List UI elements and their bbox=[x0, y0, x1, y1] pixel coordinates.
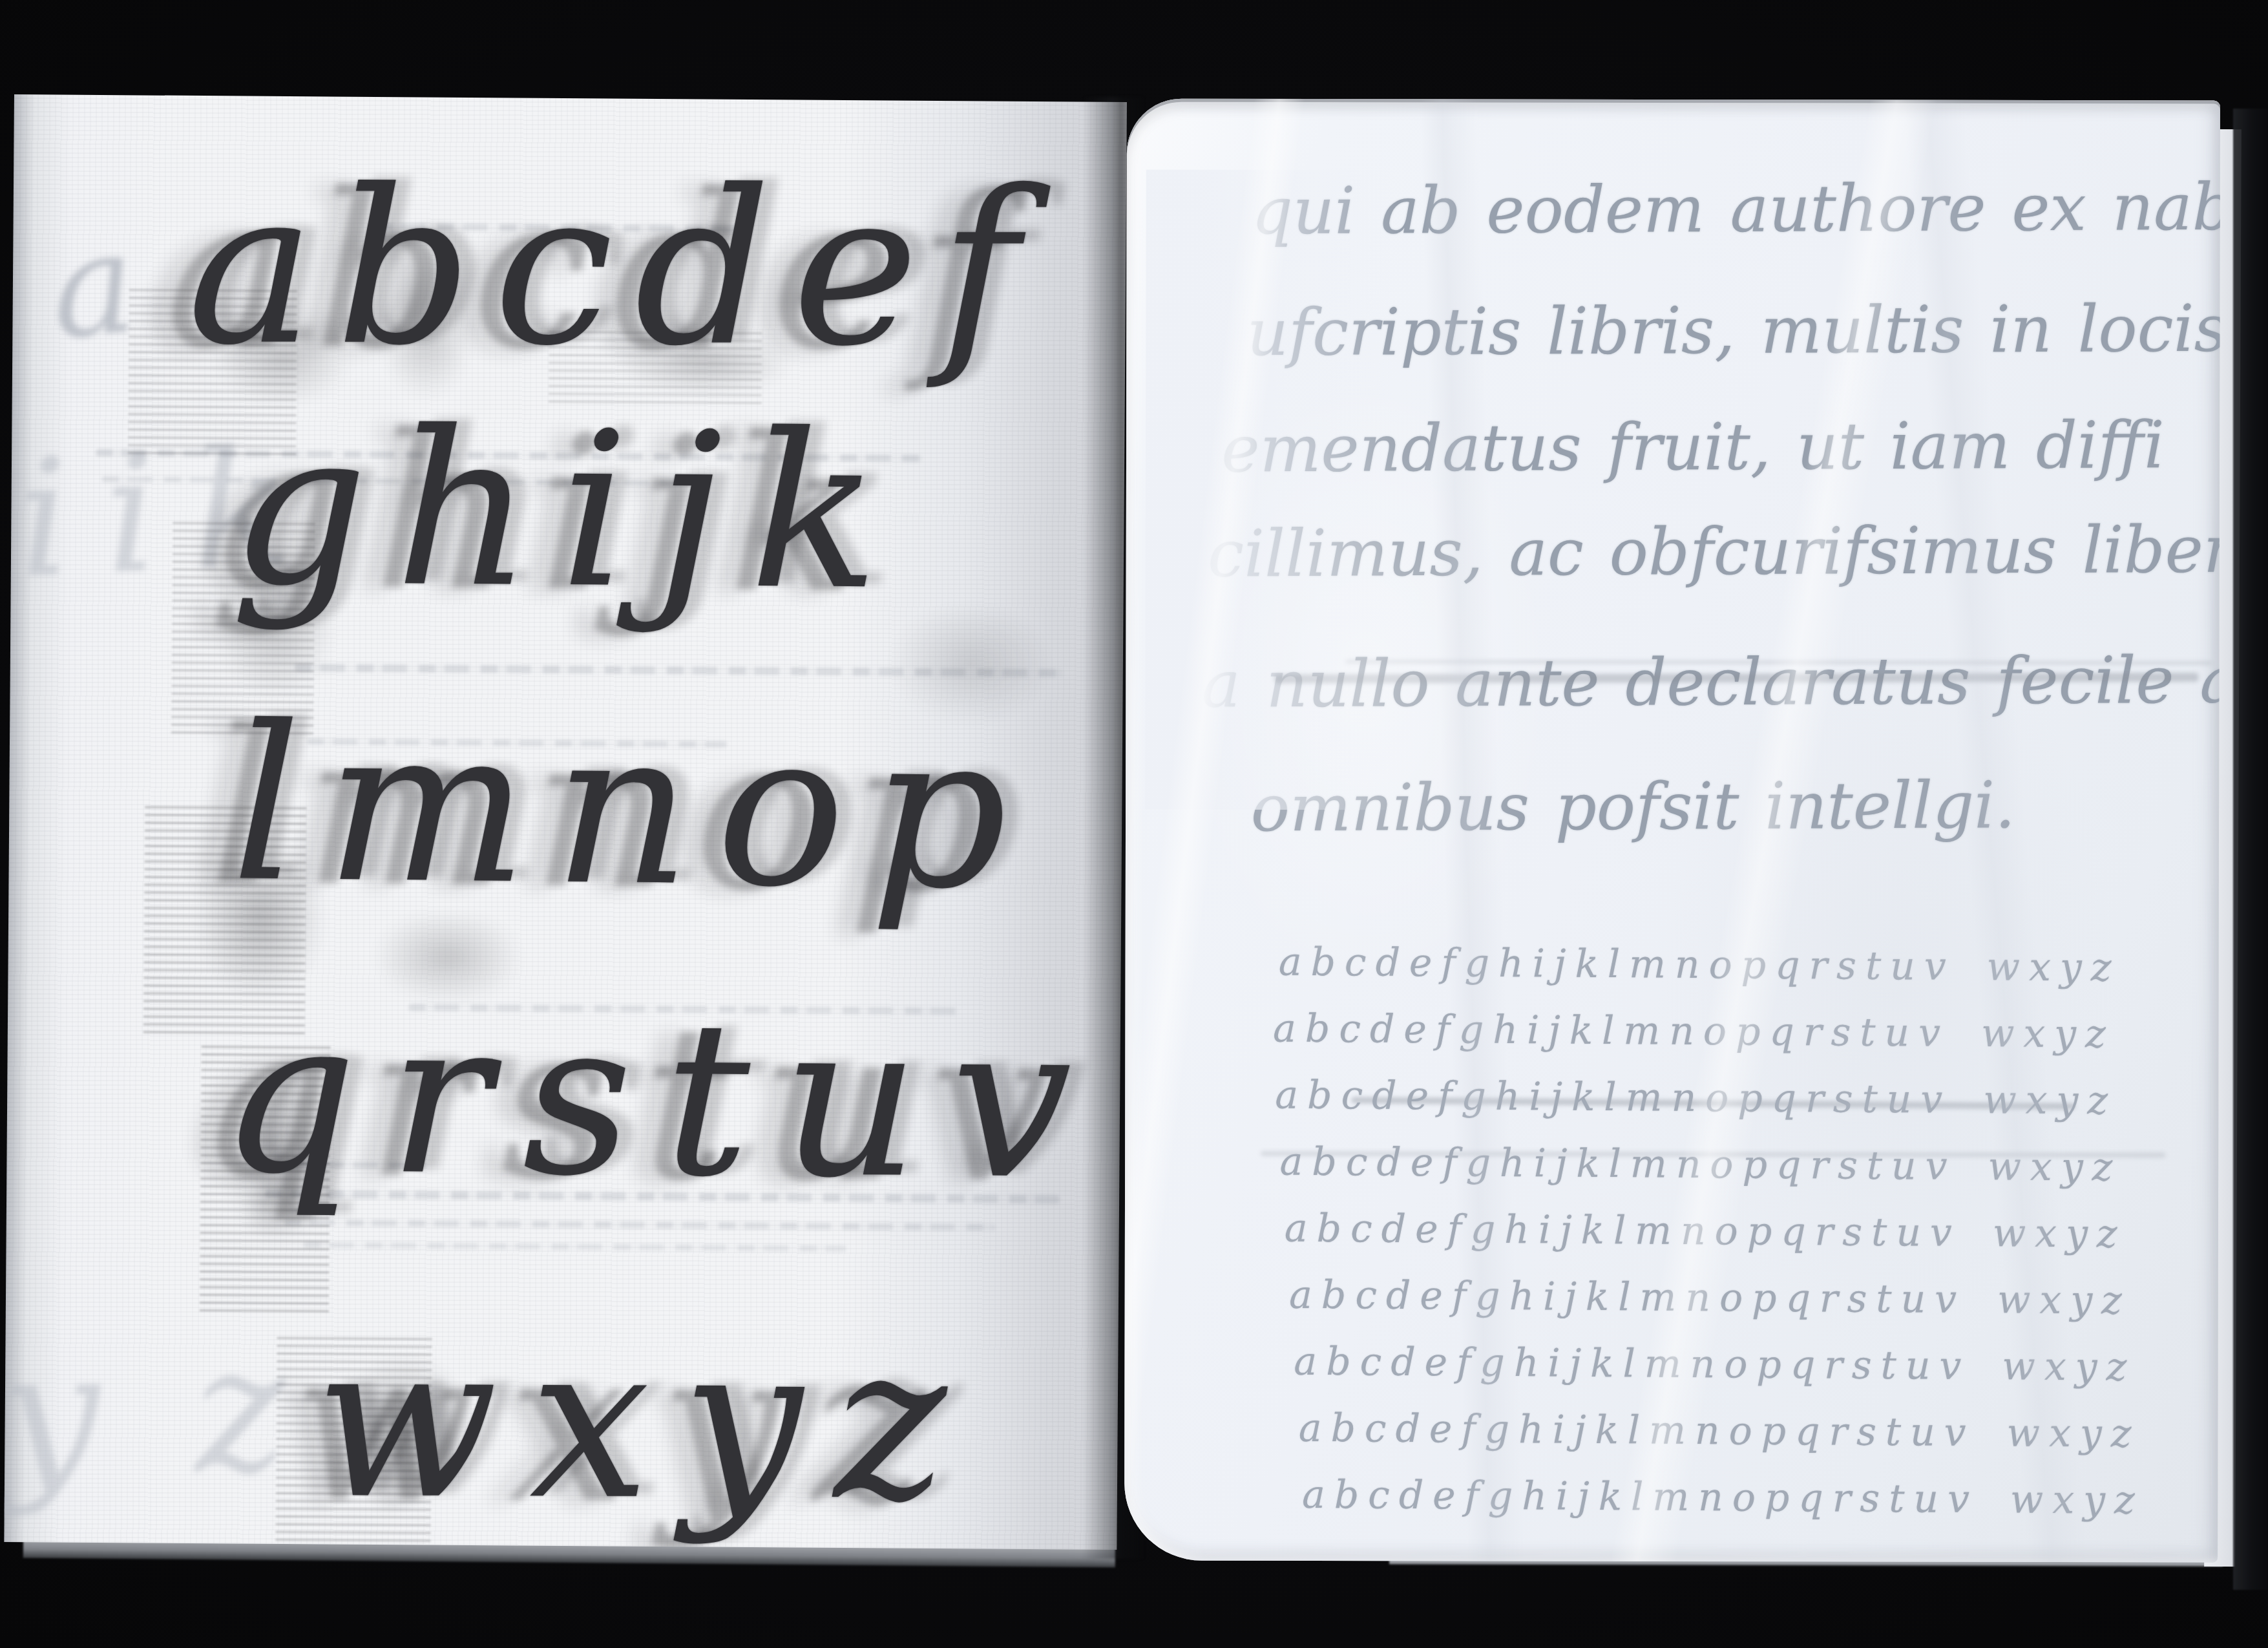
left-page: a iik y z abcdef ghijk lmnop qrstuv wxyz bbox=[4, 94, 1127, 1550]
smudge-line bbox=[1261, 1151, 2165, 1157]
specimen-row: abcdefghijklmnopqrstuv wxyz bbox=[1298, 1395, 2140, 1468]
right-page: qui ab eodem authore ex nab ufcriptis li… bbox=[1124, 99, 2220, 1563]
big-letter-row-lmnop: lmnop bbox=[231, 697, 1034, 919]
specimen-row: abcdefghijklmnopqrstuv wxyz bbox=[1294, 1329, 2136, 1401]
ghost-letters-bottom: y z bbox=[4, 1306, 308, 1518]
specimen-row: abcdefghijklmnopqrstuv wxyz bbox=[1273, 995, 2115, 1068]
paragraph-line: ufcriptis libris, multis in locis bbox=[1246, 271, 2220, 392]
paragraph-line: emendatus fruit, ut iam diffi bbox=[1221, 387, 2220, 508]
smudge-line bbox=[1351, 1097, 2075, 1110]
big-letter-row-qrstuv: qrstuv bbox=[220, 989, 1104, 1209]
book-fore-edge bbox=[2233, 109, 2268, 1590]
big-letter-row-ghijk: ghijk bbox=[230, 401, 907, 619]
gutter-fade-overlay bbox=[1145, 170, 1398, 810]
paragraph-line: qui ab eodem authore ex nab bbox=[1251, 149, 2220, 270]
paragraph-line: omnibus pofsit intellgi. bbox=[1251, 746, 2220, 867]
specimen-rows: abcdefghijklmnopqrstuv wxyzabcdefghijklm… bbox=[1275, 929, 2121, 1534]
bleed-through-text-line bbox=[304, 1241, 846, 1252]
specimen-row: abcdefghijklmnopqrstuv wxyz bbox=[1285, 1196, 2126, 1268]
specimen-row: abcdefghijklmnopqrstuv wxyz bbox=[1289, 1262, 2131, 1335]
big-letter-row-abcdef: abcdef bbox=[187, 161, 1040, 375]
specimen-row: abcdefghijklmnopqrstuv wxyz bbox=[1279, 1129, 2121, 1201]
paragraph-line: cillimus, ac obfcurifsimus liber bbox=[1208, 492, 2220, 613]
italic-paragraph: qui ab eodem authore ex nab ufcriptis li… bbox=[1199, 149, 2220, 867]
paragraph-line: a nullo ante declaratus fecile ab bbox=[1202, 622, 2220, 743]
specimen-row: abcdefghijklmnopqrstuv wxyz bbox=[1302, 1462, 2144, 1534]
ghost-letter-top: a bbox=[44, 201, 142, 370]
specimen-row: abcdefghijklmnopqrstuv wxyz bbox=[1278, 929, 2120, 1002]
book-scan: { "background_color": "#0a0a0b", "left_p… bbox=[0, 0, 2268, 1648]
smudge-line bbox=[1345, 660, 2211, 664]
specimen-row: abcdefghijklmnopqrstuv wxyz bbox=[1275, 1062, 2117, 1135]
big-letter-row-wxyz: wxyz bbox=[315, 1315, 979, 1530]
smudge-line bbox=[1274, 673, 2198, 683]
